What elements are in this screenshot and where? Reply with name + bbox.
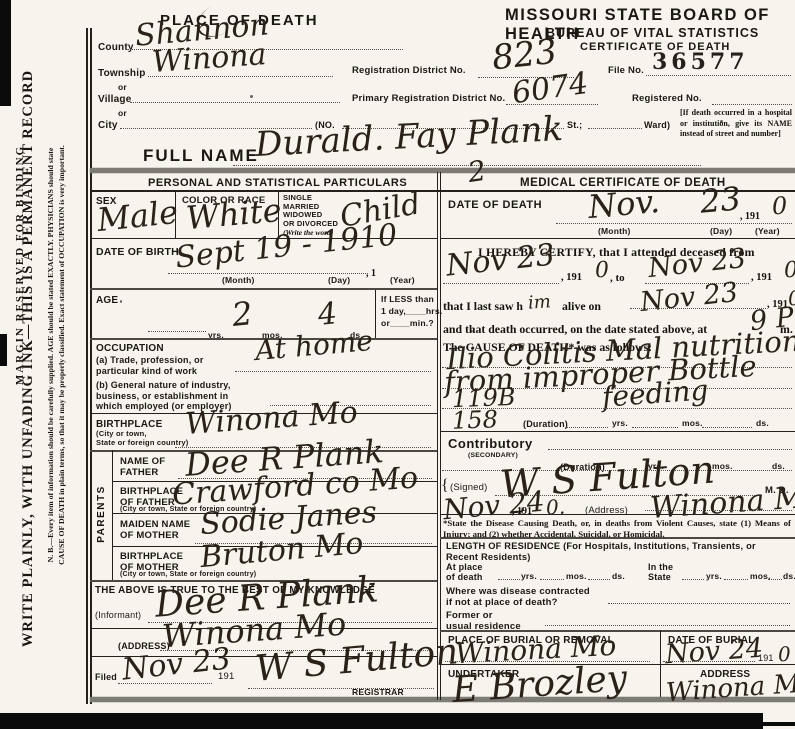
- blank-line: [443, 282, 559, 284]
- occupation-a-label: (a) Trade, profession, or particular kin…: [96, 355, 204, 376]
- blank-line: [588, 578, 610, 580]
- yrs-caption: yrs.: [612, 419, 628, 429]
- rule-line: [440, 238, 795, 239]
- scan-artifact: [0, 0, 11, 106]
- cause-code-2: 158: [452, 407, 499, 433]
- lastsaw-date-value: Nov 23: [639, 279, 739, 316]
- yrs-caption: yrs.: [706, 572, 722, 582]
- blank-line: [768, 578, 782, 580]
- filed-date-value: Nov 23: [121, 644, 233, 685]
- blank-line: [712, 103, 792, 105]
- mother-maiden-label: MAIDEN NAME OF MOTHER: [120, 519, 190, 541]
- blank-line: [588, 127, 642, 129]
- blank-line: [235, 370, 431, 372]
- blank-line: [540, 578, 564, 580]
- former-residence-label: Former or usual residence: [446, 610, 521, 632]
- file-no-value: 36577: [652, 49, 749, 75]
- rule-heavy: [90, 168, 795, 173]
- residence-title: LENGTH OF RESIDENCE (For Hospitals, Inst…: [446, 541, 790, 563]
- day-caption: (Day): [328, 276, 350, 286]
- margin-nb-line2: CAUSE OF DEATH in plain terms, so that i…: [57, 12, 66, 698]
- attended-from-value: Nov 23: [445, 240, 557, 281]
- lastsaw-pronoun-hw: im: [527, 293, 551, 313]
- birthplace-value: Winona Mo: [184, 398, 358, 440]
- blank-line: [506, 103, 598, 105]
- st-label: St.;: [567, 120, 582, 130]
- hospital-note: [If death occurred in a hospital or inst…: [680, 108, 792, 140]
- township-label: Township: [98, 68, 146, 80]
- duration-label: (Duration): [523, 419, 568, 429]
- marital-label: SINGLE MARRIED WIDOWED OR DIVORCED: [283, 194, 338, 228]
- bureau-title: BUREAU OF VITAL STATISTICS: [546, 26, 759, 40]
- registered-no-label: Registered No.: [632, 94, 702, 105]
- form-left-border: [86, 28, 88, 704]
- at-place-label: At place of death: [446, 562, 483, 582]
- speckle: [120, 300, 122, 303]
- scan-artifact: [0, 713, 763, 729]
- rule-line: [440, 630, 795, 632]
- father-name-label: NAME OF FATHER: [120, 456, 165, 478]
- registrar-label: REGISTRAR: [352, 688, 404, 698]
- blank-line: [248, 687, 434, 689]
- ward-label: Ward): [644, 120, 670, 130]
- year-caption: (Year): [390, 276, 415, 286]
- margin-nb-line1: N. B.—Every item of information should b…: [46, 12, 55, 698]
- cell-divider: [112, 450, 113, 580]
- registration-district-value: 823: [490, 35, 558, 76]
- lastsaw-statement: that I last saw h: [443, 299, 523, 314]
- blank-line: [724, 578, 748, 580]
- year-printed: , 191: [561, 272, 582, 283]
- speckle: [250, 95, 253, 98]
- in-state-label: In the State: [648, 562, 673, 582]
- or-word: or: [118, 109, 127, 119]
- blank-line: [566, 426, 608, 428]
- mother-birthplace-sub: (City or town, State or foreign country): [120, 571, 256, 579]
- blank-line: [646, 74, 791, 76]
- mos-caption: mos.: [682, 419, 703, 429]
- year-digit: 0: [594, 260, 609, 283]
- blank-line: [630, 307, 766, 309]
- blank-line: [545, 624, 790, 626]
- margin-write-plainly-note: WRITE PLAINLY, WITH UNFADING INK—THIS IS…: [20, 10, 37, 707]
- blank-line: [556, 222, 792, 224]
- signed-address-label: (Address): [585, 506, 628, 517]
- age-label: AGE: [96, 295, 118, 307]
- birthplace-sub-label: (City or town, State or foreign country): [96, 430, 189, 447]
- blank-line: [498, 578, 520, 580]
- blank-line: [168, 272, 368, 274]
- rule-line: [90, 190, 795, 192]
- township-value: Winona: [151, 40, 267, 78]
- year-prefix: , 1: [366, 268, 376, 279]
- full-name-value: Durald. Fay Plank: [254, 112, 563, 162]
- occupation-a-value: At home: [254, 327, 374, 365]
- cell-divider: [375, 290, 376, 338]
- date-of-birth-label: DATE OF BIRTH: [96, 246, 179, 258]
- rule-line: [440, 431, 795, 432]
- burial-year-printed: 191: [758, 653, 774, 663]
- year-caption: (Year): [755, 227, 780, 237]
- registration-district-label: Registration District No.: [352, 66, 466, 77]
- burial-year-digit: 0: [777, 644, 791, 665]
- blank-line: [702, 426, 752, 428]
- personal-section-title: PERSONAL AND STATISTICAL PARTICULARS: [148, 177, 407, 190]
- ds-caption: ds.: [756, 419, 769, 429]
- ds-caption: ds.: [783, 572, 795, 582]
- blank-line: [148, 330, 206, 332]
- form-left-border: [90, 28, 92, 704]
- violent-causes-footnote: *State the Disease Causing Death, or, in…: [443, 518, 791, 539]
- date-of-death-year-digit: 0: [771, 194, 788, 219]
- blank-line: [148, 75, 333, 77]
- filed-year-printed: 191: [218, 672, 234, 683]
- year-printed: , 191: [512, 506, 532, 517]
- year-digit: 0: [783, 260, 795, 283]
- ds-caption: ds.: [612, 572, 625, 582]
- year-printed: , 191: [740, 211, 760, 222]
- date-of-death-month: Nov.: [587, 185, 661, 223]
- blank-line: [632, 426, 678, 428]
- blank-line: [118, 682, 212, 684]
- scan-artifact: [0, 334, 7, 366]
- death-certificate-scan: MARGIN RESERVED FOR BINDING WRITE PLAINL…: [0, 0, 795, 729]
- year-printed: , 191: [751, 272, 772, 283]
- burial-date-value: Nov 24: [664, 635, 764, 669]
- blank-line: [130, 101, 340, 103]
- if-less-note: If LESS than 1 day,____hrs. or____min.?: [381, 293, 442, 329]
- date-of-death-label: DATE OF DEATH: [448, 199, 542, 212]
- yrs-caption: yrs.: [521, 572, 537, 582]
- date-of-death-day: 23: [699, 182, 742, 217]
- village-label: Village: [98, 94, 131, 106]
- rule-line: [440, 514, 795, 515]
- disease-contracted-label: Where was disease contracted if not at p…: [446, 586, 590, 608]
- month-caption: (Month): [598, 227, 631, 237]
- rule-line: [90, 288, 437, 290]
- city-label: City: [98, 120, 118, 132]
- filed-label: Filed: [95, 672, 117, 682]
- secondary-caption: (SECONDARY): [468, 452, 518, 460]
- blank-line: [645, 509, 792, 511]
- or-word: or: [118, 83, 127, 93]
- primary-registration-label: Primary Registration District No.: [352, 94, 505, 105]
- parents-label: PARENTS: [96, 450, 107, 578]
- rule-line: [440, 537, 795, 539]
- mother-birthplace-label: BIRTHPLACE OF MOTHER: [120, 551, 183, 573]
- blank-line: [608, 602, 790, 604]
- file-no-label: File No.: [608, 66, 644, 77]
- mos-caption: mos.: [750, 572, 771, 582]
- mos-caption: mos.: [566, 572, 587, 582]
- age-months-value: 2: [230, 297, 254, 331]
- color-race-value: White: [185, 194, 283, 234]
- to-word: , to: [610, 272, 625, 284]
- informant-label: (Informant): [95, 610, 141, 620]
- blank-line: [663, 660, 755, 662]
- page-mark: 2: [466, 157, 488, 187]
- column-divider: [437, 172, 438, 700]
- sex-value: Male: [96, 196, 180, 236]
- month-caption: (Month): [222, 276, 255, 286]
- day-caption: (Day): [710, 227, 732, 237]
- alive-on-statement: alive on: [562, 299, 601, 314]
- blank-line: [682, 578, 704, 580]
- occupation-label: OCCUPATION: [96, 343, 164, 355]
- contributory-label: Contributory: [448, 437, 533, 452]
- scan-artifact: [760, 722, 795, 726]
- column-divider: [440, 172, 441, 700]
- full-name-label: FULL NAME: [143, 146, 259, 166]
